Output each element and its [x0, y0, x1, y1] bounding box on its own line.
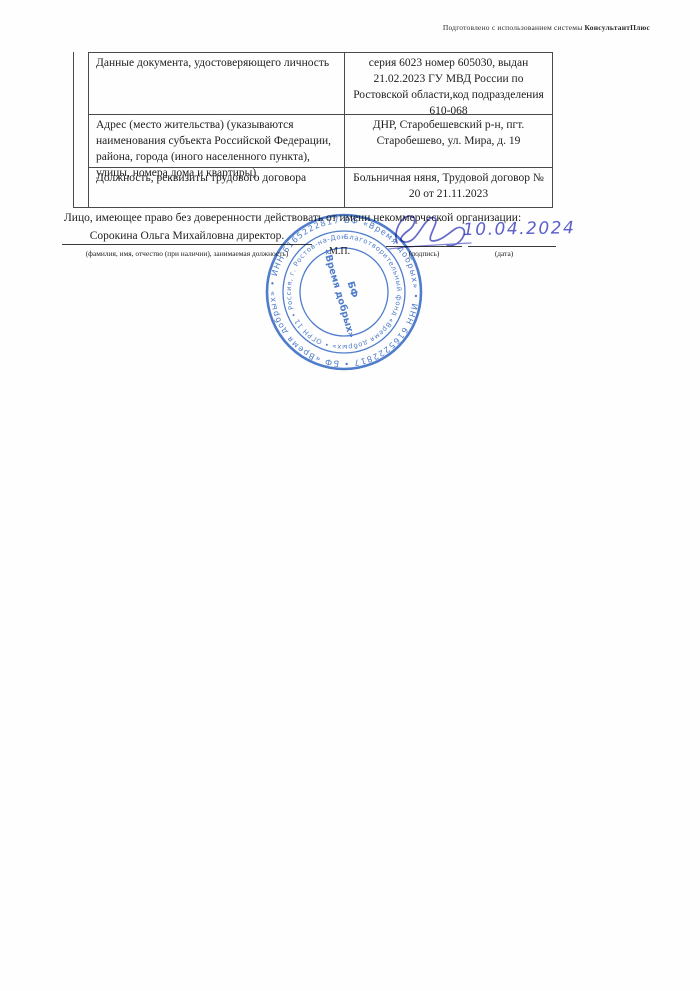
system-note: Подготовлено с использованием системы Ко… — [443, 23, 650, 32]
row-value: серия 6023 номер 605030, выдан 21.02.202… — [345, 53, 552, 122]
table-left-margin-rule — [73, 52, 88, 208]
handwritten-date: 10.04.2024 — [463, 218, 593, 240]
row-label: Должность, реквизиты трудового договора — [89, 168, 345, 207]
row-value: Больничная няня, Трудовой договор № 20 о… — [345, 168, 552, 207]
date-caption: (дата) — [468, 249, 540, 258]
signature-scribble — [383, 203, 475, 261]
row-label: Данные документа, удостоверяющего личнос… — [89, 53, 345, 122]
table-row: Должность, реквизиты трудового договора … — [89, 168, 552, 207]
scanned-document-page: Подготовлено с использованием системы Ко… — [0, 0, 700, 991]
person-details-table: Данные документа, удостоверяющего личнос… — [88, 52, 553, 208]
stamp-center-abbr: БФ — [345, 280, 360, 299]
table-row: Данные документа, удостоверяющего личнос… — [89, 53, 552, 115]
system-note-text: Подготовлено с использованием системы — [443, 23, 585, 32]
system-note-brand: КонсультантПлюс — [585, 23, 650, 32]
table-row: Адрес (место жительства) (указываются на… — [89, 115, 552, 168]
